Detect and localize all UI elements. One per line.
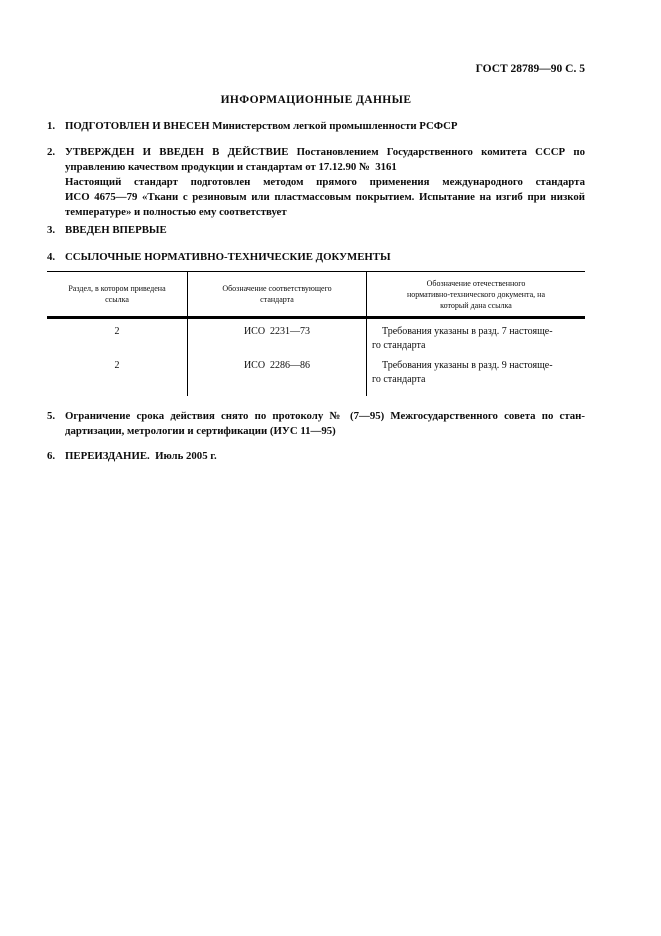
page-title: ИНФОРМАЦИОННЫЕ ДАННЫЕ	[47, 93, 585, 108]
document-page: ГОСТ 28789—90 С. 5 ИНФОРМАЦИОННЫЕ ДАННЫЕ…	[0, 0, 661, 936]
item-text: ВВЕДЕН ВПЕРВЫЕ	[65, 223, 585, 238]
item-validity-limit: 5. Ограничение срока действия снято по п…	[47, 409, 585, 439]
cell-section: 2	[47, 319, 187, 353]
item-number: 3.	[47, 223, 55, 238]
table-header-row: Раздел, в котором приведена ссылка Обозн…	[47, 272, 585, 319]
item-number: 4.	[47, 250, 55, 265]
item-number: 2.	[47, 145, 55, 160]
item-number: 1.	[47, 119, 55, 134]
item-text: Ограничение срока действия снято по прот…	[65, 409, 585, 439]
item-text-paragraph-1: УТВЕРЖДЕН И ВВЕДЕН В ДЕЙСТВИЕ Постановле…	[65, 145, 585, 175]
item-text: ССЫЛОЧНЫЕ НОРМАТИВНО-ТЕХНИЧЕСКИЕ ДОКУМЕН…	[65, 250, 585, 265]
item-text: ПОДГОТОВЛЕН И ВНЕСЕН Министерством легко…	[65, 119, 585, 134]
references-table: Раздел, в котором приведена ссылка Обозн…	[47, 271, 585, 396]
item-approved: 2. УТВЕРЖДЕН И ВВЕДЕН В ДЕЙСТВИЕ Постано…	[47, 145, 585, 220]
header-cell-domestic-document: Обозначение отечественного нормативно-те…	[367, 272, 585, 316]
item-reissue: 6. ПЕРЕИЗДАНИЕ. Июль 2005 г.	[47, 449, 585, 464]
cell-standard: ИСО 2231—73	[187, 319, 367, 353]
cell-reference: Требования указаны в разд. 7 настояще-го…	[367, 319, 585, 353]
item-number: 5.	[47, 409, 55, 424]
table-body: 2 ИСО 2231—73 Требования указаны в разд.…	[47, 319, 585, 396]
table-row: 2 ИСО 2286—86 Требования указаны в разд.…	[47, 353, 585, 396]
page-content: ГОСТ 28789—90 С. 5 ИНФОРМАЦИОННЫЕ ДАННЫЕ…	[47, 0, 585, 464]
cell-reference: Требования указаны в разд. 9 настояще-го…	[367, 353, 585, 396]
header-cell-section: Раздел, в котором приведена ссылка	[47, 272, 187, 316]
item-introduced: 3. ВВЕДЕН ВПЕРВЫЕ	[47, 223, 585, 238]
cell-section: 2	[47, 353, 187, 396]
item-prepared: 1. ПОДГОТОВЛЕН И ВНЕСЕН Министерством ле…	[47, 119, 585, 134]
running-header: ГОСТ 28789—90 С. 5	[47, 62, 585, 77]
table-row: 2 ИСО 2231—73 Требования указаны в разд.…	[47, 319, 585, 353]
header-cell-standard: Обозначение соответствующего стандарта	[187, 272, 367, 316]
item-references-heading: 4. ССЫЛОЧНЫЕ НОРМАТИВНО-ТЕХНИЧЕСКИЕ ДОКУ…	[47, 250, 585, 265]
item-number: 6.	[47, 449, 55, 464]
item-text: ПЕРЕИЗДАНИЕ. Июль 2005 г.	[65, 449, 585, 464]
item-text-paragraph-2: Настоящий стандарт подготовлен методом п…	[65, 175, 585, 220]
cell-standard: ИСО 2286—86	[187, 353, 367, 396]
